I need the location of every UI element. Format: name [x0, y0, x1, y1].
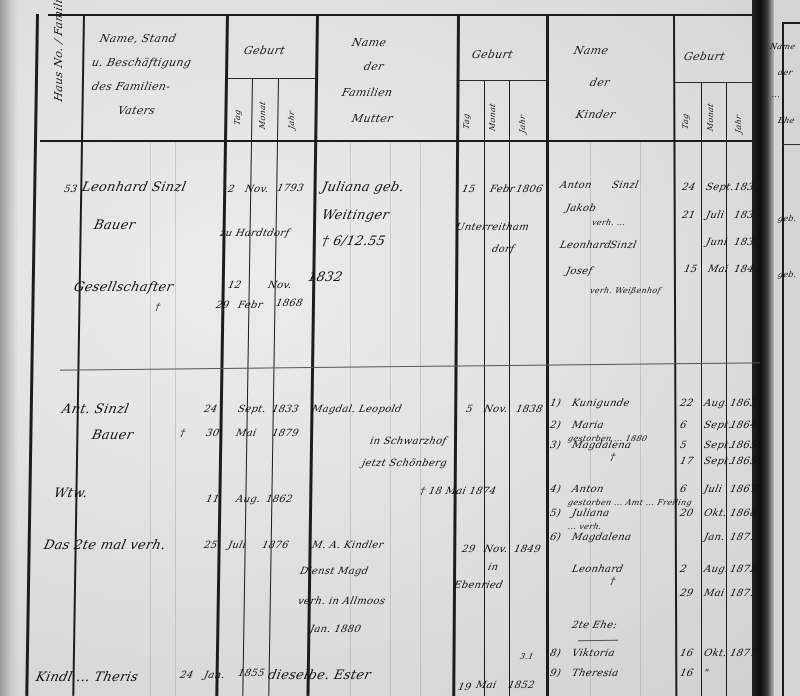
col-line [484, 80, 485, 696]
entry-2-child-birth-day: 5 [679, 440, 688, 451]
header-mother-name-4: Mutter [351, 112, 395, 125]
entry-2-child-index: 6) [549, 532, 562, 543]
entry-2-child-birth-month: Aug. [703, 564, 730, 575]
entry-2-child-index: 3) [549, 440, 562, 451]
entry-3-father-birth-day: 24 [179, 670, 195, 681]
header-father-birth-day: Tag [233, 108, 242, 125]
header-father-name-3: des Familien- [91, 80, 172, 93]
entry-2-child-name: Juliana [571, 508, 611, 519]
entry-2-marriage2-month: Juli [227, 540, 247, 551]
header-mother-birth: Geburt [471, 48, 515, 61]
entry-2-child-birth-month: Okt. [703, 508, 728, 519]
entry-2-mother-place: in Schwarzhof [369, 436, 448, 447]
entry-1-child-4-note: verh. Weißenhof [589, 286, 662, 295]
next-page-edge [774, 0, 800, 696]
col-line [509, 80, 510, 696]
header-children-name-2: der [589, 76, 611, 89]
col-line [701, 82, 702, 696]
col-line [72, 14, 85, 696]
col-line [726, 82, 727, 696]
entry-3-marriage-note: 3.1 [519, 652, 535, 661]
entry-2-mother-place-now: jetzt Schönberg [361, 458, 448, 469]
entry-1-father-birth-day: 2 [227, 184, 236, 195]
book-gutter-shadow [752, 0, 774, 696]
entry-1-marriage-day: 12 [227, 280, 243, 291]
entry-2-mother2-birth-month: Nov. [483, 544, 509, 555]
entry-2-father-death-mark: † [179, 428, 187, 439]
next-page-header-1: Name [769, 42, 796, 51]
entry-2-child-death-mark: † [609, 576, 617, 587]
entry-3-father-birth-month: Jan. [203, 670, 226, 681]
entry-3-mother-birth-year: 1852 [507, 680, 536, 691]
entry-2-child-birth-year: 187. [729, 532, 755, 543]
entry-1-child-2-name: Jakob [565, 203, 597, 214]
entry-2-father-death-year: 1879 [271, 428, 300, 439]
entry-1-father-birth-place: zu Hardtdorf [219, 228, 291, 239]
entry-2-child-birth-day: 22 [679, 398, 695, 409]
entry-2-child-birth-day: 6 [679, 420, 688, 431]
entry-2-child-birth-year: 1865 [729, 440, 758, 451]
header-bottom-border [40, 140, 754, 142]
entry-1-mother-birth-day: 15 [461, 184, 477, 195]
entry-2-child-birth-month: Aug. [703, 398, 730, 409]
col-line [452, 14, 460, 696]
header-children-name-3: Kinder [575, 108, 617, 121]
entry-2-child-death-month: Mai [703, 588, 726, 599]
col-line [306, 14, 319, 696]
entry-2-father-death-day: 30 [205, 428, 221, 439]
entry-1-father-death-year: 1868 [275, 298, 304, 309]
header-mother-name-2: der [363, 60, 385, 73]
entry-1-father-occupation: Bauer [92, 218, 136, 233]
entry-1-child-2-note: verh. ... [591, 218, 627, 227]
entry-2-child-birth-day: 17 [679, 456, 695, 467]
header-children-birth-year: Jahr [734, 114, 743, 134]
header-children-birth: Geburt [683, 50, 727, 63]
entry-1-child-4-month: Mai [707, 264, 730, 275]
header-father-name-1: Name, Stand [99, 32, 178, 45]
header-father-birth-month: Monat [258, 100, 267, 130]
entry-2-child-name: Viktoria [571, 648, 616, 659]
entry-1-number: 53 [63, 184, 79, 195]
entry-2-child-index: 8) [549, 648, 562, 659]
entry-2-father-birth-month: Sept. [237, 404, 267, 415]
entry-1-father-name: Leonhard Sinzl [80, 180, 187, 195]
next-page-top-border [782, 22, 800, 24]
entry-2-child-death-year: 187. [729, 588, 755, 599]
entry-2-mother-birth-year: 1838 [515, 404, 544, 415]
entry-2-mother-birth-day: 5 [465, 404, 474, 415]
header-father-birth-year: Jahr [287, 110, 296, 130]
entry-2-child-index: 1) [549, 398, 562, 409]
entry-2-child-name: Magdalena [571, 532, 633, 543]
entry-2-child-name: Kunigunde [571, 398, 631, 409]
right-margin-note-2: geb. [777, 270, 798, 279]
entry-2-mother2-birth-place: Ebenried [453, 580, 504, 591]
entry-2-marriage2-day: 25 [203, 540, 219, 551]
register-page: Haus No. / Familien Name, Stand u. Besch… [0, 0, 800, 696]
entry-2-mother-birth-month: Nov. [483, 404, 509, 415]
entry-1-mother-death: † 6/12.55 [320, 234, 386, 249]
faint-rule [640, 140, 641, 696]
entry-1-mother-birth-month: Febr [489, 184, 516, 195]
entry-1-child-4-year: 184. [733, 264, 759, 275]
entry-2-marriage-day: 11 [205, 494, 221, 505]
entry-2-child-note: ... verh. [567, 522, 603, 531]
entry-1-child-3-name: Leonhard [559, 240, 612, 251]
entry-2-child-birth-year: 1864 [729, 420, 758, 431]
entry-2-child-note: gestorben ... Amt ... Freiling [567, 498, 693, 507]
entry-2-mother2-occupation: Dienst Magd [299, 566, 370, 577]
entry-3-mother-name: dieselbe. Ester [266, 668, 372, 683]
entry-2-child-index: 5) [549, 508, 562, 519]
entry-2-father-death-month: Mai [235, 428, 258, 439]
header-father-birth: Geburt [243, 44, 287, 57]
entry-1-father-birth-year: 1793 [276, 183, 305, 194]
entry-2-child-name: Anton [571, 484, 605, 495]
entry-2-child-index: 4) [549, 484, 562, 495]
entry-2-child-birth-day: 20 [679, 508, 695, 519]
entry-3-father-name: Kindl ... Theris [34, 670, 139, 685]
header-mother-birth-day: Tag [462, 112, 471, 129]
entry-1-mother-name: Juliana geb. [320, 180, 405, 195]
entry-1-mother-birth-place: Unterreitham [455, 222, 530, 233]
col-line [25, 14, 39, 696]
entry-1-child-4-day: 15 [683, 264, 699, 275]
entry-2-child-birth-year: 1863 [729, 398, 758, 409]
entry-1-mother-birth-year: 1806 [515, 184, 544, 195]
entry-1-marriage-month: Nov. [267, 280, 293, 291]
entry-1-father-note: Gesellschafter [72, 280, 174, 295]
entry-1-child-1-year: 183. [733, 182, 759, 193]
col-line [215, 14, 229, 696]
entry-2-child-death-mark: † [609, 452, 617, 463]
entry-2-marriage-year: 1862 [265, 494, 294, 505]
faint-rule [175, 140, 176, 696]
entry-2-father-birth-day: 24 [203, 404, 219, 415]
entry-3-mother-birth-day: 19 [457, 682, 473, 693]
entry-1-father-death-mark: † [154, 302, 162, 313]
entry-1-child-3-year: 183. [733, 237, 759, 248]
entry-2-remark: Das 2te mal verh. [42, 538, 167, 553]
entry-1-father-birth-month: Nov. [244, 184, 270, 195]
header-children-name-1: Name [573, 44, 610, 57]
second-marriage-underline [578, 640, 618, 641]
entry-2-mother2-marriage-date: Jan. 1880 [309, 624, 362, 635]
entry-3-father-birth-year: 1855 [237, 668, 266, 679]
entry-2-father-occupation: Bauer [90, 428, 134, 443]
entry-2-mother2-name: M. A. Kindler [311, 540, 385, 551]
binding-edge [0, 0, 18, 696]
faint-rule [420, 140, 421, 696]
faint-rule [390, 140, 391, 696]
header-father-name-4: Vaters [117, 104, 157, 117]
entry-2-child-birth-year: 1867 [729, 484, 758, 495]
entry-2-father-birth-year: 1833 [271, 404, 300, 415]
header-mother-name-1: Name [351, 36, 388, 49]
entry-2-child-birth-month: Jan. [703, 532, 726, 543]
header-father-name-2: u. Beschäftigung [91, 56, 193, 69]
entry-1-child-2-day: 21 [681, 210, 697, 221]
entry-2-father-status: Wtw. [52, 486, 89, 501]
entry-2-marriage-month: Aug. [235, 494, 262, 505]
entry-2-child-birth-month: Okt. [703, 648, 728, 659]
entry-2-child-name: Theresia [571, 668, 620, 679]
entry-2-child-birth-month: " [703, 668, 710, 679]
entry-1-child-4-name: Josef [565, 266, 594, 277]
entry-2-child-death-day: 29 [679, 588, 695, 599]
header-mother-name-3: Familien [341, 86, 394, 99]
entry-2-child-index: 2) [549, 420, 562, 431]
faint-rule [150, 140, 151, 696]
right-margin-note-1: geb. [777, 214, 798, 223]
col-line [546, 14, 549, 696]
entry-2-father-name: Ant. Sinzl [60, 402, 130, 417]
entry-2-mother2-birth-day: 29 [461, 544, 477, 555]
header-children-birth-month: Monat [706, 102, 715, 132]
header-children-birth-day: Tag [681, 112, 690, 129]
entry-1-mother-birth-place2: dorf [491, 244, 515, 255]
entry-1-father-death-month: Febr [237, 300, 264, 311]
entry-separator [60, 362, 760, 370]
entry-2-child-name: 2te Ehe: [571, 620, 618, 631]
entry-1-father-death-day: 29 [215, 300, 231, 311]
entry-2-mother-name: Magdal. Leopold [311, 404, 403, 415]
header-mother-birth-year: Jahr [518, 114, 527, 134]
entry-2-mother2-married: verh. in Allmoos [297, 596, 386, 607]
entry-2-child-name: Leonhard [571, 564, 624, 575]
entry-2-mother-death: † 18 Mai 1874 [419, 486, 497, 497]
entry-2-mother2-birth-year: 1849 [513, 544, 542, 555]
entry-2-child-birth-day: 16 [679, 648, 695, 659]
faint-rule [350, 140, 351, 696]
entry-2-child-name: Magdalena [571, 440, 633, 451]
header-house-number: Haus No. / Familien [52, 0, 65, 103]
entry-1-child-1-day: 24 [681, 182, 697, 193]
entry-1-child-2-month: Juli [705, 210, 725, 221]
entry-2-marriage2-year: 1876 [261, 540, 290, 551]
entry-2-child-birth-year: 1872 [729, 564, 758, 575]
entry-2-child-index: 9) [549, 668, 562, 679]
entry-2-child-birth-year: 1868 [729, 508, 758, 519]
next-page-header-2: der [777, 68, 794, 77]
col-line [242, 78, 253, 696]
subheader-line [458, 80, 548, 81]
subheader-line [228, 78, 316, 79]
col-line [673, 14, 677, 696]
entry-2-child-birth-month: Juli [703, 484, 723, 495]
entry-2-child-name: Maria [571, 420, 605, 431]
entry-1-child-1-name: Anton [559, 180, 593, 191]
table-top-border [48, 14, 754, 16]
entry-1-child-3-surname: Sinzl [609, 240, 638, 251]
next-page-header-4: Ehe [777, 116, 796, 125]
col-line [268, 78, 279, 696]
entry-2-child-birth-year: 1865 [729, 456, 758, 467]
entry-2-child-birth-year: 1877 [729, 648, 758, 659]
entry-2-child-birth-day: 6 [679, 484, 688, 495]
header-mother-birth-month: Monat [488, 102, 497, 132]
entry-1-mother-maiden: Weitinger [320, 208, 390, 223]
entry-2-child-birth-day: 2 [679, 564, 688, 575]
entry-3-mother-birth-month: Mai [475, 680, 498, 691]
entry-2-mother2-birth-place-prefix: in [487, 562, 500, 573]
entry-1-marriage-year: 1832 [306, 270, 343, 285]
entry-1-child-2-year: 183. [733, 210, 759, 221]
next-page-header-border [782, 144, 800, 145]
entry-2-child-birth-day: 16 [679, 668, 695, 679]
entry-1-child-3-month: Juni [705, 237, 729, 248]
subheader-line [674, 82, 754, 83]
entry-1-child-1-surname: Sinzl [611, 180, 640, 191]
entry-1-child-1-month: Sept. [705, 182, 735, 193]
